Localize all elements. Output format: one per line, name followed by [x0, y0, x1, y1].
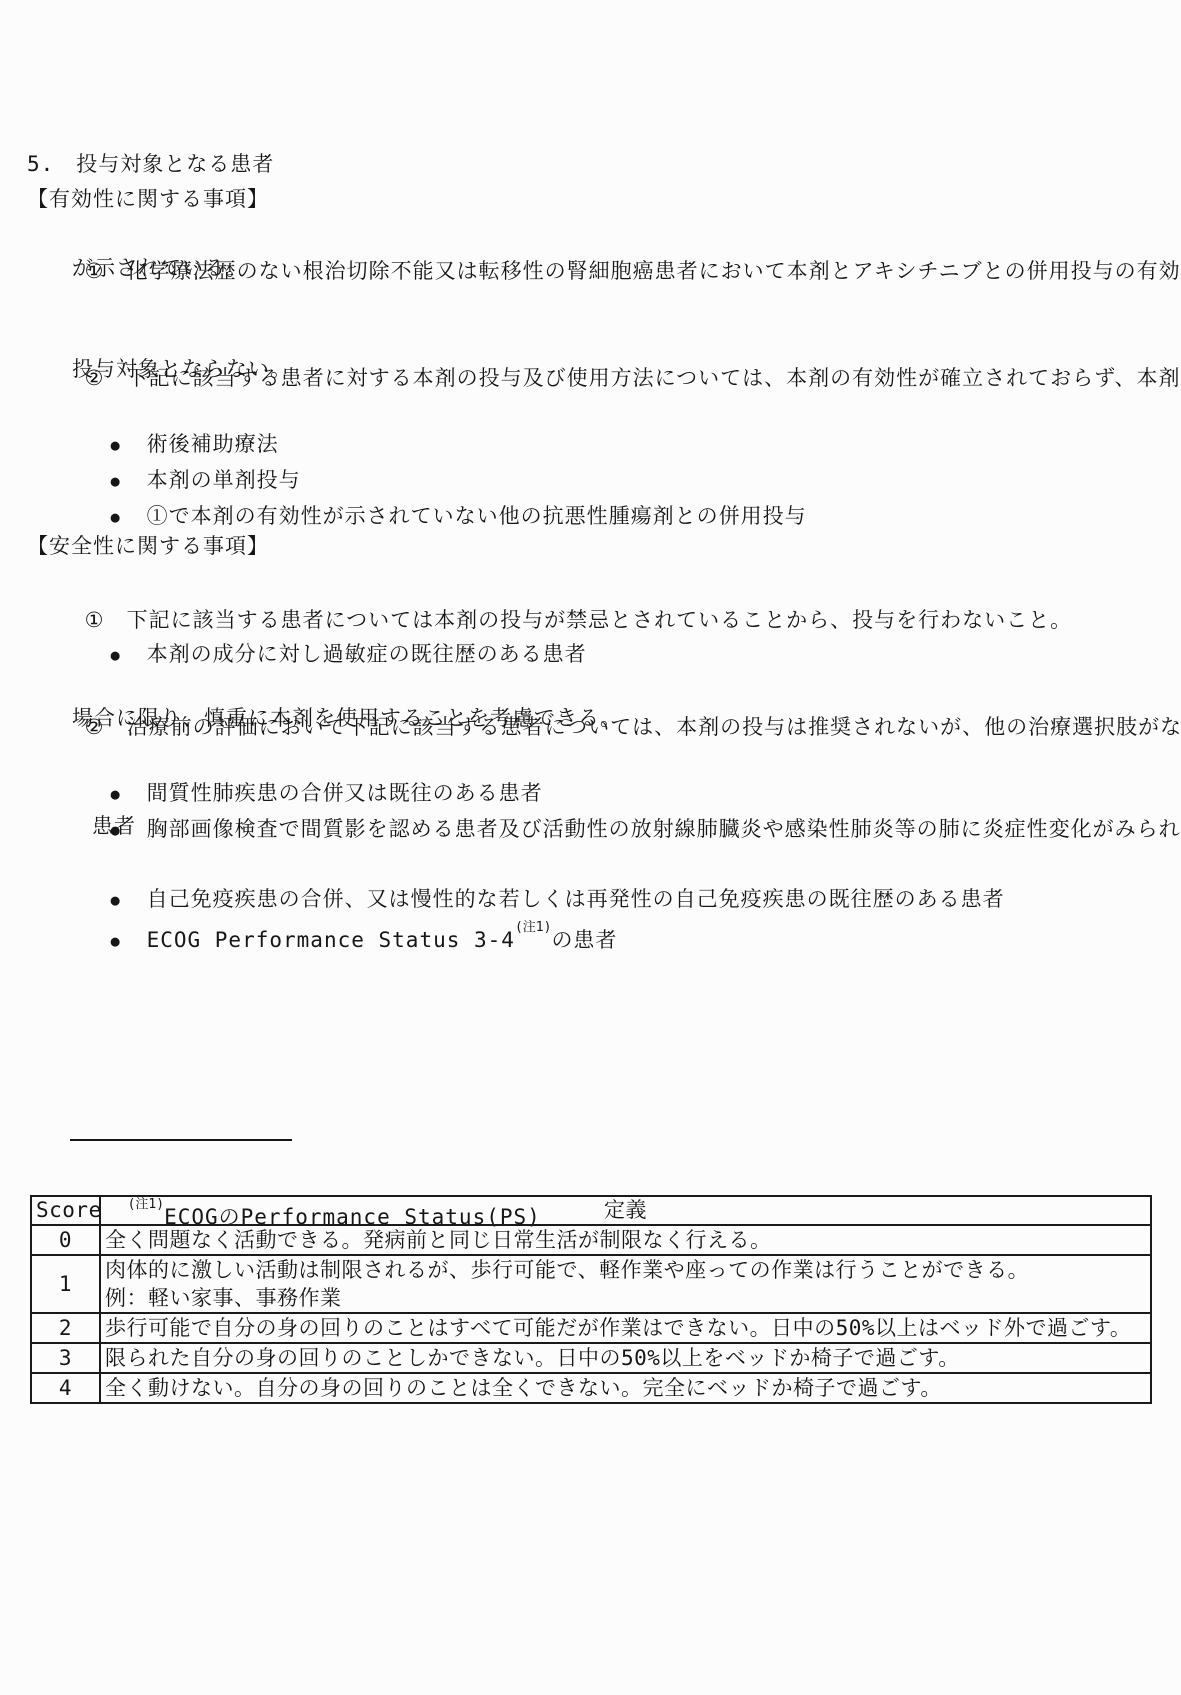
- ecog-ps-table: Score 定義 0 全く問題なく活動できる。発病前と同じ日常生活が制限なく行え…: [30, 1195, 1152, 1404]
- bullet-text: 胸部画像検査で間質影を認める患者及び活動性の放射線肺臓炎や感染性肺炎等の肺に炎症…: [147, 817, 1181, 841]
- definition-cell: 限られた自分の身の回りのことしかできない。日中の50%以上をベッドか椅子で過ごす…: [100, 1343, 1151, 1373]
- bullet-text: の患者: [551, 928, 617, 952]
- table-row: 2 歩行可能で自分の身の回りのことはすべて可能だが作業はできない。日中の50%以…: [31, 1313, 1151, 1343]
- bullet-text: ①で本剤の有効性が示されていない他の抗悪性腫瘍剤との併用投与: [147, 504, 807, 528]
- definition-cell: 全く問題なく活動できる。発病前と同じ日常生活が制限なく行える。: [100, 1225, 1151, 1255]
- table-row: 0 全く問題なく活動できる。発病前と同じ日常生活が制限なく行える。: [31, 1225, 1151, 1255]
- definition-cell: 全く動けない。自分の身の回りのことは全くできない。完全にベッドか椅子で過ごす。: [100, 1373, 1151, 1403]
- efficacy-item-1-line-2: が示されている。: [72, 250, 248, 287]
- safety-heading: 【安全性に関する事項】: [27, 528, 269, 565]
- table-row: 1 肉体的に激しい活動は制限されるが、歩行可能で、軽作業や座っての作業は行うこと…: [31, 1255, 1151, 1313]
- column-header-definition: 定義: [100, 1196, 1151, 1225]
- bullet-text: 本剤の成分に対し過敏症の既往歴のある患者: [147, 642, 587, 666]
- definition-cell: 歩行可能で自分の身の回りのことはすべて可能だが作業はできない。日中の50%以上は…: [100, 1313, 1151, 1343]
- footnote-ref: (注1): [515, 920, 551, 935]
- score-cell: 4: [31, 1373, 100, 1403]
- score-cell: 1: [31, 1255, 100, 1313]
- document-page: 5. 投与対象となる患者 【有効性に関する事項】 ①化学療法歴のない根治切除不能…: [0, 0, 1181, 1695]
- safety-item-2-bullet-2-line-2: 患者: [92, 808, 136, 845]
- score-cell: 3: [31, 1343, 100, 1373]
- bullet-text: ECOG Performance Status 3-4: [147, 928, 515, 952]
- score-cell: 0: [31, 1225, 100, 1255]
- efficacy-heading: 【有効性に関する事項】: [27, 181, 269, 218]
- efficacy-item-2-line-2: 投与対象とならない。: [72, 351, 292, 388]
- table-row: 4 全く動けない。自分の身の回りのことは全くできない。完全にベッドか椅子で過ごす…: [31, 1373, 1151, 1403]
- table-header-row: Score 定義: [31, 1196, 1151, 1225]
- section-title: 5. 投与対象となる患者: [27, 146, 274, 183]
- bullet-icon: ●: [111, 637, 147, 674]
- column-header-score: Score: [31, 1196, 100, 1225]
- safety-item-2-line-2: 場合に限り、慎重に本剤を使用することを考慮できる。: [72, 700, 622, 737]
- bullet-icon: ●: [111, 923, 147, 960]
- score-cell: 2: [31, 1313, 100, 1343]
- table-row: 3 限られた自分の身の回りのことしかできない。日中の50%以上をベッドか椅子で過…: [31, 1343, 1151, 1373]
- safety-item-2-bullet-4: ●ECOG Performance Status 3-4(注1)の患者: [56, 880, 617, 997]
- definition-cell: 肉体的に激しい活動は制限されるが、歩行可能で、軽作業や座っての作業は行うことがで…: [100, 1255, 1151, 1313]
- item-text: 化学療法歴のない根治切除不能又は転移性の腎細胞癌患者において本剤とアキシチニブと…: [127, 259, 1181, 283]
- footnote-divider: [70, 1139, 292, 1141]
